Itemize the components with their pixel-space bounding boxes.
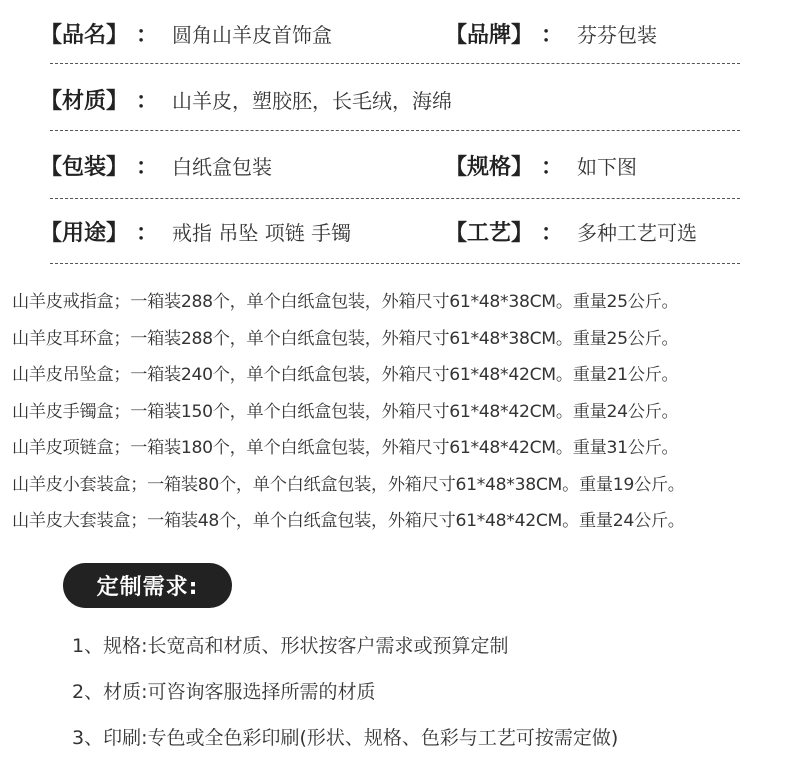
spec-value: 圆角山羊皮首饰盒: [172, 19, 332, 48]
spec-colon: ：: [136, 216, 158, 247]
spec-label: 【包装】: [40, 150, 128, 181]
packing-detail-pendant-box: 山羊皮吊坠盒；一箱装240个，单个白纸盒包装，外箱尺寸61*48*42CM。重量…: [12, 357, 790, 394]
spec-packaging: 【包装】 ： 白纸盒包装: [40, 145, 272, 185]
custom-requirements-list: 1、规格:长宽高和材质、形状按客户需求或预算定制 2、材质:可咨询客服选择所需的…: [72, 626, 772, 764]
requirement-item-material: 2、材质:可咨询客服选择所需的材质: [72, 672, 772, 718]
spec-colon: ：: [541, 216, 563, 247]
spec-label: 【品名】: [40, 18, 128, 49]
spec-label: 【材质】: [40, 84, 128, 115]
spec-colon: ：: [541, 150, 563, 181]
spec-value: 多种工艺可选: [577, 217, 697, 246]
spec-value: 如下图: [577, 151, 637, 180]
packing-detail-bracelet-box: 山羊皮手镯盒；一箱装150个，单个白纸盒包装，外箱尺寸61*48*42CM。重量…: [12, 394, 790, 431]
spec-material: 【材质】 ： 山羊皮，塑胶胚，长毛绒，海绵: [40, 79, 452, 119]
spec-brand: 【品牌】 ： 芬芬包装: [445, 13, 657, 53]
packing-detail-large-set-box: 山羊皮大套装盒；一箱装48个，单个白纸盒包装，外箱尺寸61*48*42CM。重量…: [12, 503, 790, 540]
divider: [50, 263, 740, 264]
spec-colon: ：: [136, 150, 158, 181]
requirement-item-printing: 3、印刷:专色或全色彩印刷(形状、规格、色彩与工艺可按需定做): [72, 718, 772, 764]
spec-usage: 【用途】 ： 戒指 吊坠 项链 手镯: [40, 211, 351, 251]
custom-requirements-heading: 定制需求:: [63, 563, 232, 608]
spec-value: 芬芬包装: [577, 19, 657, 48]
spec-size: 【规格】 ： 如下图: [445, 145, 637, 185]
packing-detail-small-set-box: 山羊皮小套装盒；一箱装80个，单个白纸盒包装，外箱尺寸61*48*38CM。重量…: [12, 467, 790, 504]
spec-colon: ：: [136, 18, 158, 49]
spec-label: 【工艺】: [445, 216, 533, 247]
spec-colon: ：: [541, 18, 563, 49]
divider: [50, 198, 740, 199]
spec-value: 白纸盒包装: [172, 151, 272, 180]
spec-label: 【用途】: [40, 216, 128, 247]
custom-requirements-title: 定制需求:: [97, 570, 199, 601]
spec-row-usage-craft: 【用途】 ： 戒指 吊坠 项链 手镯 【工艺】 ： 多种工艺可选: [40, 211, 740, 251]
spec-row-material: 【材质】 ： 山羊皮，塑胶胚，长毛绒，海绵: [40, 79, 740, 119]
spec-craft: 【工艺】 ： 多种工艺可选: [445, 211, 697, 251]
spec-value: 山羊皮，塑胶胚，长毛绒，海绵: [172, 85, 452, 114]
spec-row-name-brand: 【品名】 ： 圆角山羊皮首饰盒 【品牌】 ： 芬芬包装: [40, 13, 740, 53]
spec-label: 【品牌】: [445, 18, 533, 49]
spec-product-name: 【品名】 ： 圆角山羊皮首饰盒: [40, 13, 332, 53]
spec-value: 戒指 吊坠 项链 手镯: [172, 217, 351, 246]
requirement-item-size: 1、规格:长宽高和材质、形状按客户需求或预算定制: [72, 626, 772, 672]
spec-label: 【规格】: [445, 150, 533, 181]
packing-detail-ring-box: 山羊皮戒指盒；一箱装288个，单个白纸盒包装，外箱尺寸61*48*38CM。重量…: [12, 284, 790, 321]
divider: [50, 63, 740, 64]
divider: [50, 130, 740, 131]
packing-detail-earring-box: 山羊皮耳环盒；一箱装288个，单个白纸盒包装，外箱尺寸61*48*38CM。重量…: [12, 321, 790, 358]
spec-row-packaging-size: 【包装】 ： 白纸盒包装 【规格】 ： 如下图: [40, 145, 740, 185]
packing-detail-necklace-box: 山羊皮项链盒；一箱装180个，单个白纸盒包装，外箱尺寸61*48*42CM。重量…: [12, 430, 790, 467]
spec-colon: ：: [136, 84, 158, 115]
packing-details-list: 山羊皮戒指盒；一箱装288个，单个白纸盒包装，外箱尺寸61*48*38CM。重量…: [12, 284, 790, 540]
